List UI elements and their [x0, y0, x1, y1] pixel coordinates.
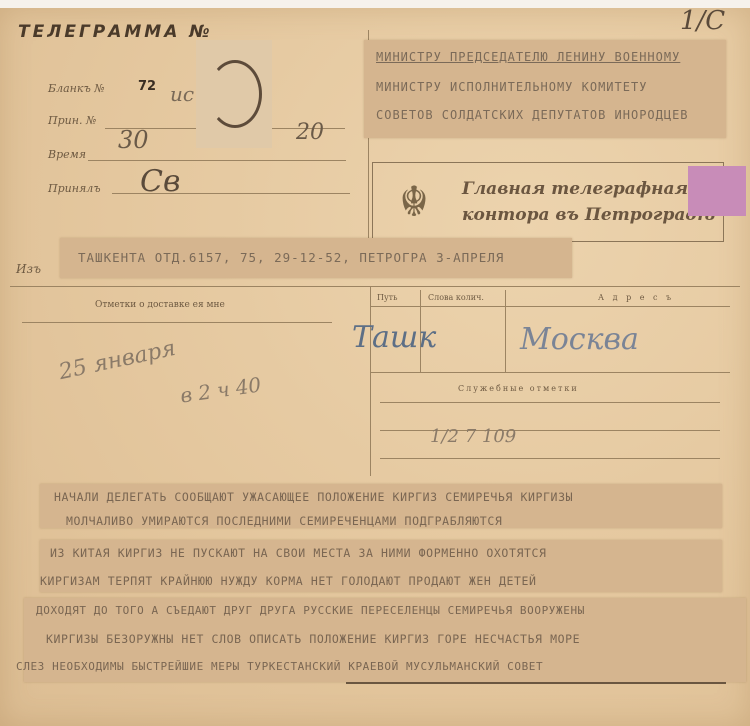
- service-marks-label: Служебные отметки: [458, 384, 579, 393]
- table-row-rule: [370, 372, 730, 373]
- origin-label: Изъ: [16, 262, 41, 276]
- service-rule: [380, 458, 720, 459]
- message-line: КИРГИЗЫ БЕЗОРУЖНЫ НЕТ СЛОВ ОПИСАТЬ ПОЛОЖ…: [46, 632, 580, 646]
- page-mark: 1/С: [680, 6, 725, 36]
- imperial-eagle-icon: ☬: [386, 170, 442, 234]
- signature-underline: [346, 682, 726, 684]
- address-line: МИНИСТРУ ПРЕДСЕДАТЕЛЮ ЛЕНИНУ ВОЕННОМУ: [376, 50, 680, 64]
- handwritten-blank-note: ис: [170, 82, 194, 106]
- form-label-prin: Прин. №: [48, 114, 96, 127]
- message-line: ДОХОДЯТ ДО ТОГО А СЪЕДАЮТ ДРУГ ДРУГА РУС…: [36, 604, 585, 617]
- delivery-caption: Отметки о доставке ея мне: [95, 300, 225, 310]
- table-col-divider: [505, 290, 506, 372]
- postmark-stamp: [208, 60, 262, 128]
- field-line-time: [88, 160, 346, 161]
- col-route-label: Путь: [377, 293, 397, 302]
- image-top-margin: [0, 0, 750, 8]
- handwritten-receiver-sign: Св: [140, 164, 180, 199]
- message-line: СЛЕЗ НЕОБХОДИМЫ БЫСТРЕЙШИЕ МЕРЫ ТУРКЕСТА…: [16, 660, 543, 673]
- table-header-rule: [370, 306, 730, 307]
- col-words-label: Слова колич.: [428, 293, 484, 302]
- handwritten-date: 20: [296, 120, 324, 145]
- service-rule: [380, 402, 720, 403]
- office-line-1: Главная телеграфная: [462, 176, 715, 202]
- blank-number: 72: [138, 79, 156, 94]
- origin-rule: [10, 286, 740, 287]
- message-line: НАЧАЛИ ДЕЛЕГАТЬ СООБЩАЮТ УЖАСАЮЩЕЕ ПОЛОЖ…: [54, 490, 573, 504]
- message-line: МОЛЧАЛИВО УМИРАЮТСЯ ПОСЛЕДНИМИ СЕМИРЕЧЕН…: [66, 514, 502, 528]
- form-label-time: Время: [48, 148, 86, 161]
- message-line: КИРГИЗАМ ТЕРПЯТ КРАЙНЮЮ НУЖДУ КОРМА НЕТ …: [40, 574, 537, 588]
- form-label-blank: Бланкъ №: [48, 82, 105, 95]
- office-line-2: контора въ Петроградѣ: [462, 202, 715, 228]
- address-line: СОВЕТОВ СОЛДАТСКИХ ДЕПУТАТОВ ИНОРОДЦЕВ: [376, 108, 689, 122]
- handwritten-address: Москва: [520, 322, 639, 357]
- message-line: ИЗ КИТАЯ КИРГИЗ НЕ ПУСКАЮТ НА СВОИ МЕСТА…: [50, 546, 547, 560]
- handwritten-route: Ташк: [352, 320, 436, 355]
- table-divider: [370, 286, 371, 476]
- origin-text: ТАШКЕНТА ОТД.6157, 75, 29-12-52, ПЕТРОГР…: [78, 250, 504, 265]
- left-box-top: [22, 322, 332, 323]
- office-name: Главная телеграфная контора въ Петроград…: [462, 176, 715, 228]
- handwritten-time: 30: [118, 126, 149, 154]
- form-label-receiver: Принялъ: [48, 182, 101, 195]
- col-address-label: А д р е с ъ: [598, 293, 674, 302]
- handwritten-service: 1/2 7 109: [430, 426, 516, 447]
- telegram-title: ТЕЛЕГРАММА №: [18, 22, 213, 42]
- address-line: МИНИСТРУ ИСПОЛНИТЕЛЬНОМУ КОМИТЕТУ: [376, 80, 647, 94]
- pink-label: [688, 166, 746, 216]
